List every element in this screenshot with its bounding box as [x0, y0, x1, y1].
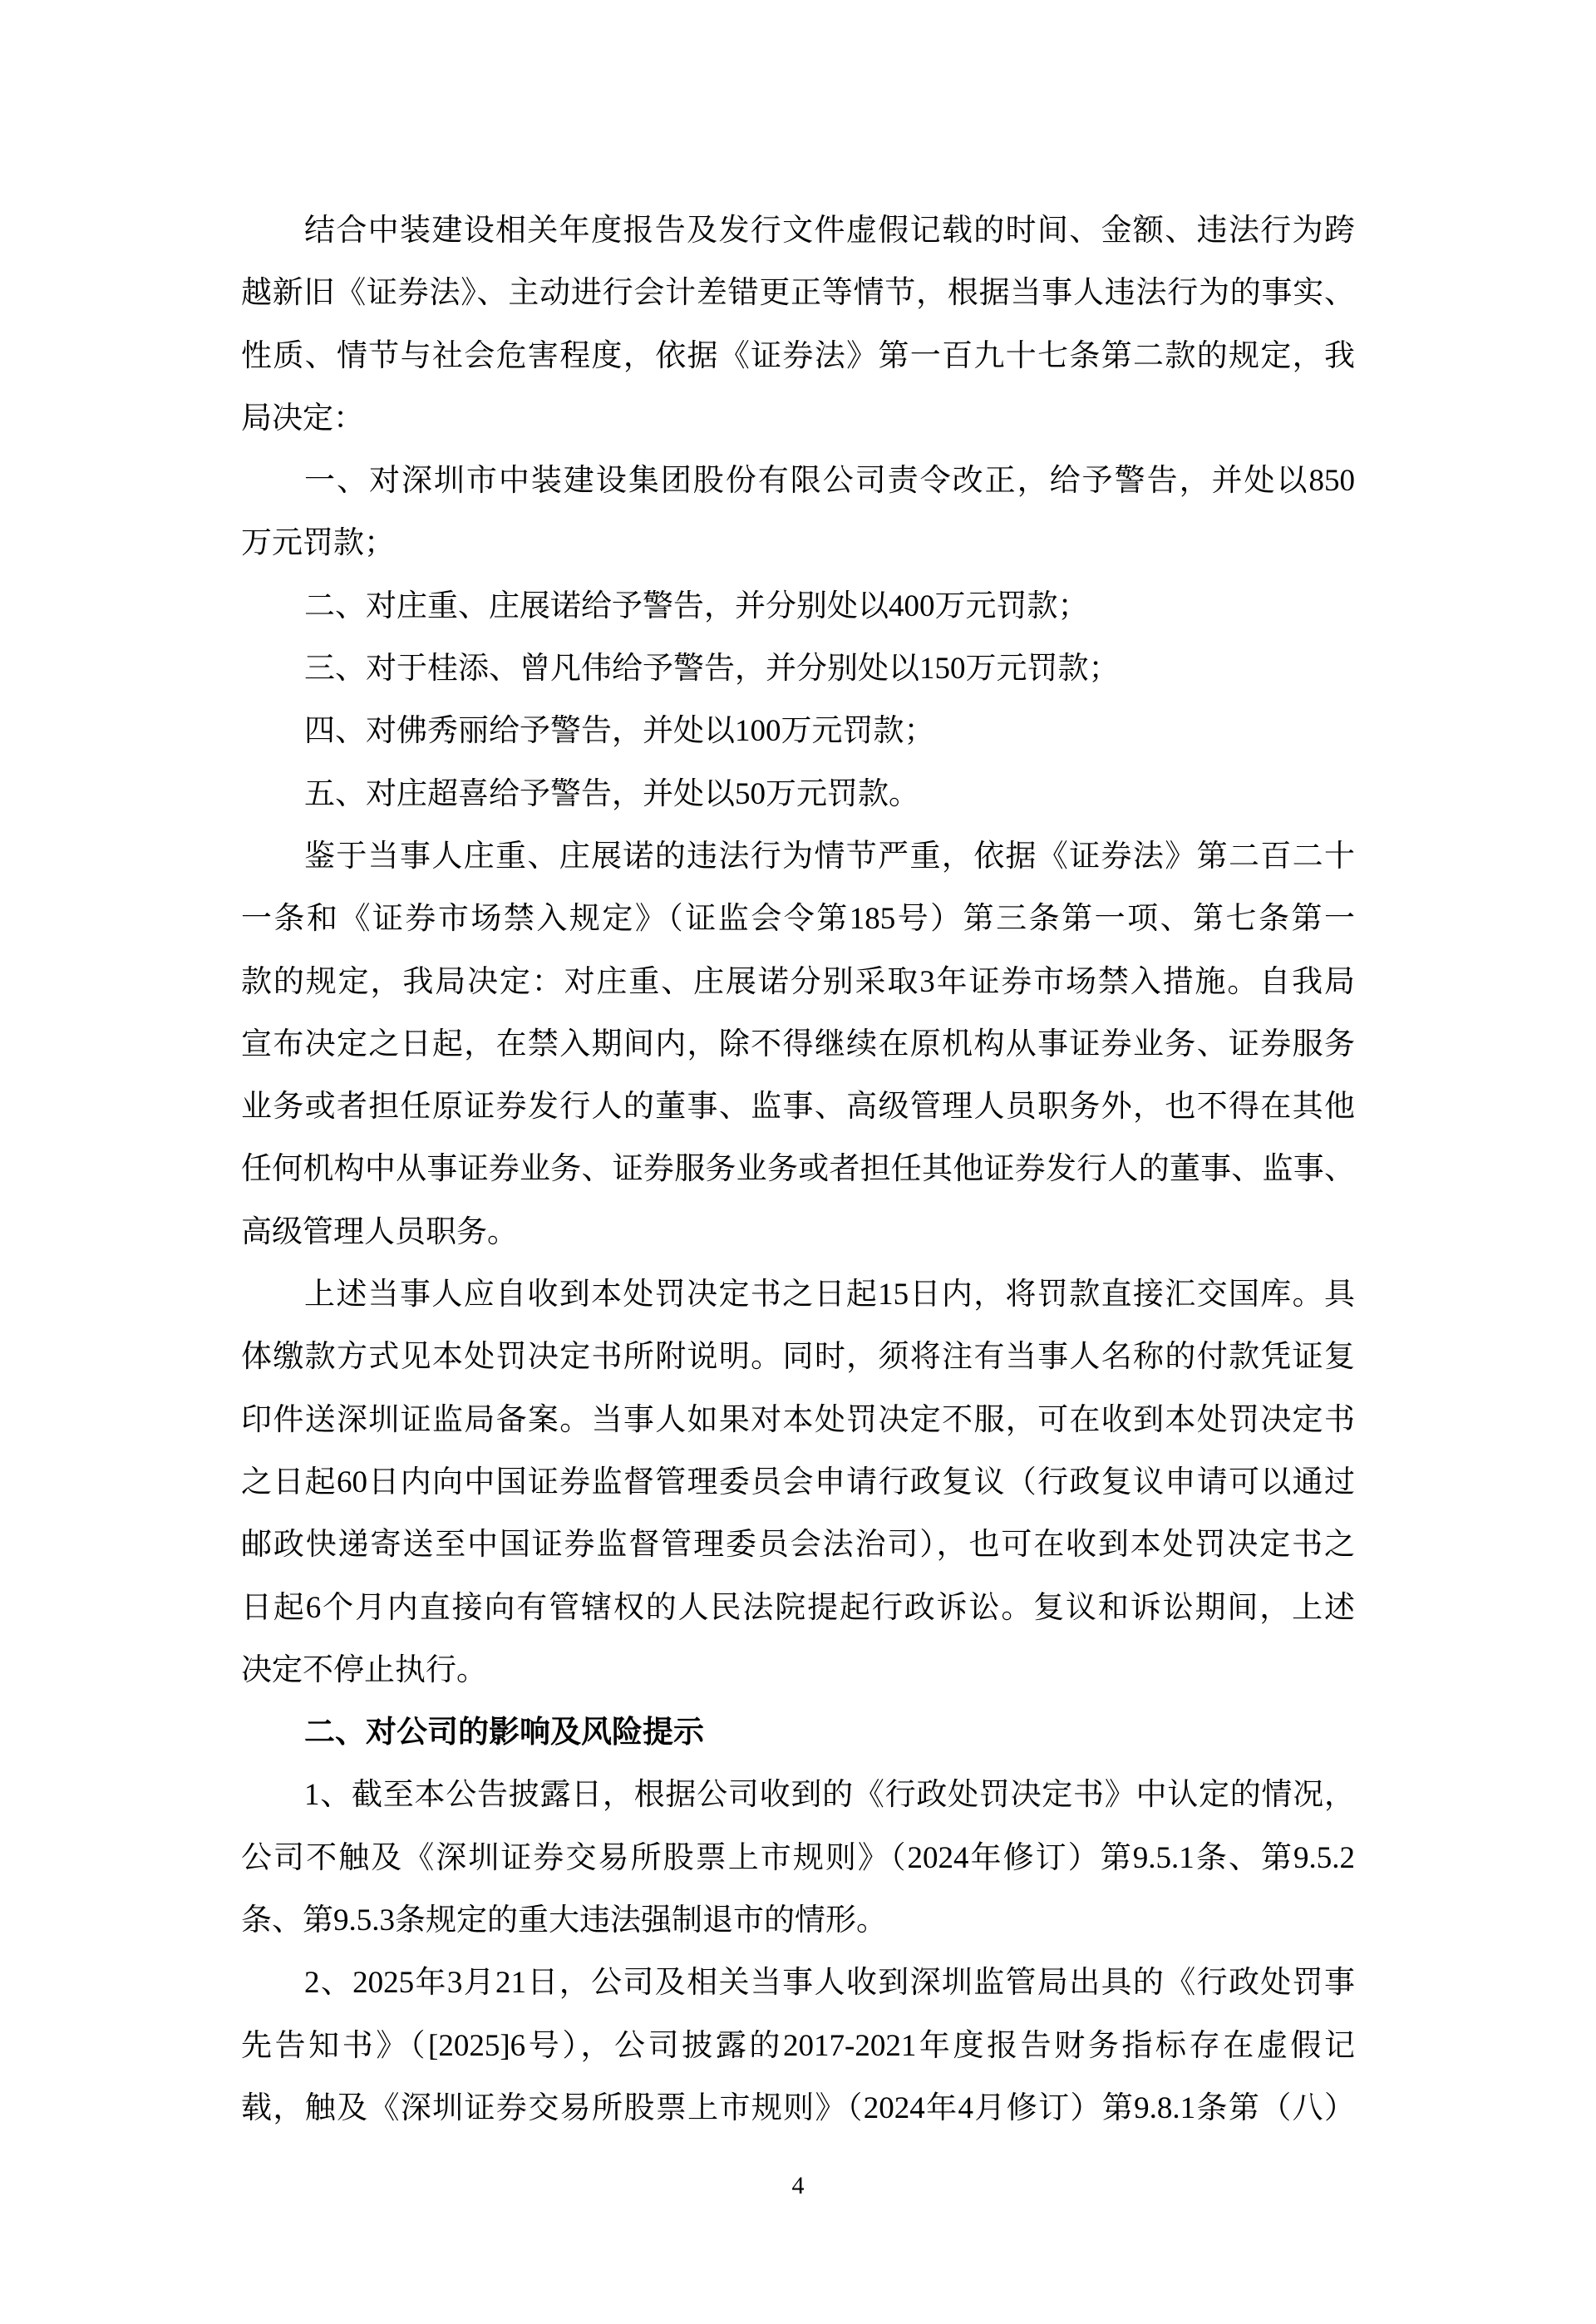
- text-line: 2、2025年3月21日，公司及相关当事人收到深圳监管局出具的《行政处罚事: [241, 1952, 1355, 2014]
- text-line: 一、对深圳市中装建设集团股份有限公司责令改正，给予警告，并处以850: [241, 450, 1355, 512]
- text-line: 宣布决定之日起，在禁入期间内，除不得继续在原机构从事证券业务、证券服务: [241, 1013, 1355, 1076]
- text-line: 体缴款方式见本处罚决定书所附说明。同时，须将注有当事人名称的付款凭证复: [241, 1326, 1355, 1388]
- text-line: 局决定：: [241, 387, 1355, 450]
- text-line: 鉴于当事人庄重、庄展诺的违法行为情节严重，依据《证券法》第二百二十: [241, 825, 1355, 888]
- text-line: 先告知书》（[2025]6号），公司披露的2017-2021年度报告财务指标存在…: [241, 2015, 1355, 2077]
- text-line: 印件送深圳证监局备案。当事人如果对本处罚决定不服，可在收到本处罚决定书: [241, 1389, 1355, 1451]
- text-line: 四、对佛秀丽给予警告，并处以100万元罚款；: [241, 700, 1355, 762]
- text-line: 二、对庄重、庄展诺给予警告，并分别处以400万元罚款；: [241, 575, 1355, 638]
- text-line: 业务或者担任原证券发行人的董事、监事、高级管理人员职务外，也不得在其他: [241, 1076, 1355, 1138]
- document-page: 结合中装建设相关年度报告及发行文件虚假记载的时间、金额、违法行为跨越新旧《证券法…: [0, 0, 1596, 2324]
- text-line: 上述当事人应自收到本处罚决定书之日起15日内，将罚款直接汇交国库。具: [241, 1263, 1355, 1326]
- text-line: 越新旧《证券法》、主动进行会计差错更正等情节，根据当事人违法行为的事实、: [241, 262, 1355, 324]
- text-line: 款的规定，我局决定：对庄重、庄展诺分别采取3年证券市场禁入措施。自我局: [241, 951, 1355, 1013]
- text-line: 公司不触及《深圳证券交易所股票上市规则》（2024年修订）第9.5.1条、第9.…: [241, 1827, 1355, 1889]
- text-line: 高级管理人员职务。: [241, 1201, 1355, 1263]
- text-line: 万元罚款；: [241, 512, 1355, 574]
- text-line: 结合中装建设相关年度报告及发行文件虚假记载的时间、金额、违法行为跨: [241, 199, 1355, 262]
- text-line: 决定不停止执行。: [241, 1639, 1355, 1701]
- page-number: 4: [0, 2168, 1596, 2204]
- text-line: 条、第9.5.3条规定的重大违法强制退市的情形。: [241, 1889, 1355, 1952]
- document-body: 结合中装建设相关年度报告及发行文件虚假记载的时间、金额、违法行为跨越新旧《证券法…: [241, 199, 1355, 2139]
- text-line: 三、对于桂添、曾凡伟给予警告，并分别处以150万元罚款；: [241, 638, 1355, 700]
- section-heading: 二、对公司的影响及风险提示: [241, 1701, 1355, 1764]
- text-line: 邮政快递寄送至中国证券监督管理委员会法治司），也可在收到本处罚决定书之: [241, 1514, 1355, 1576]
- text-line: 任何机构中从事证券业务、证券服务业务或者担任其他证券发行人的董事、监事、: [241, 1138, 1355, 1200]
- text-line: 日起6个月内直接向有管辖权的人民法院提起行政诉讼。复议和诉讼期间，上述: [241, 1577, 1355, 1639]
- text-line: 之日起60日内向中国证券监督管理委员会申请行政复议（行政复议申请可以通过: [241, 1451, 1355, 1514]
- text-line: 五、对庄超喜给予警告，并处以50万元罚款。: [241, 763, 1355, 825]
- text-line: 1、截至本公告披露日，根据公司收到的《行政处罚决定书》中认定的情况，: [241, 1764, 1355, 1826]
- text-line: 一条和《证券市场禁入规定》（证监会令第185号）第三条第一项、第七条第一: [241, 888, 1355, 950]
- text-line: 载，触及《深圳证券交易所股票上市规则》（2024年4月修订）第9.8.1条第（八…: [241, 2077, 1355, 2139]
- text-line: 性质、情节与社会危害程度，依据《证券法》第一百九十七条第二款的规定，我: [241, 325, 1355, 387]
